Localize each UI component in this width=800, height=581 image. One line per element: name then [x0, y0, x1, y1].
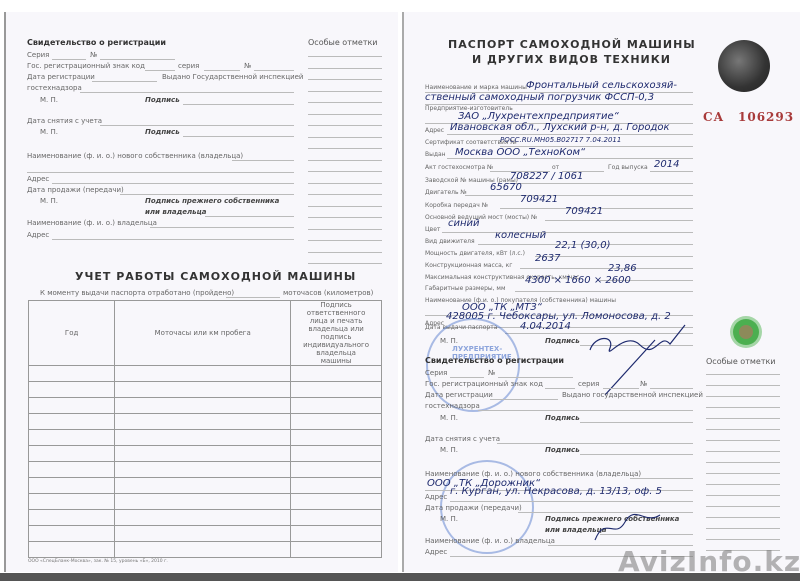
passport-title-line1: ПАСПОРТ САМОХОДНОЙ МАШИНЫ — [448, 38, 696, 51]
signature-label-r: Подпись — [545, 337, 580, 345]
name-value-1: Фронтальный сельскохозяй- — [526, 80, 677, 91]
special-marks-line — [308, 56, 382, 57]
passport-date-value: 4.04.2014 — [520, 321, 571, 332]
propulsion-value: колесный — [495, 230, 546, 241]
registration-heading: Свидетельство о регистрации — [27, 38, 166, 47]
gos-number-label: № — [244, 62, 251, 70]
dimensions-value: 4300 × 1660 × 2600 — [525, 275, 631, 286]
special-marks-line — [706, 462, 780, 463]
table-cell — [115, 366, 291, 382]
special-marks-line — [308, 114, 382, 115]
sale-date-label: Дата продажи (передачи) — [27, 186, 124, 194]
special-marks-line — [308, 240, 382, 241]
inspection-label: Акт гостехосмотра № — [425, 164, 493, 171]
special-marks-line — [308, 194, 382, 195]
special-marks-line — [706, 473, 780, 474]
table-cell — [29, 494, 115, 510]
special-marks-line — [706, 418, 780, 419]
new-owner-label-r: Наименование (ф. и. о.) нового собственн… — [425, 470, 641, 478]
name-value-2: ственный самоходный погрузчик ФССП-0,3 — [425, 92, 654, 103]
table-cell — [115, 542, 291, 558]
special-marks-line — [706, 484, 780, 485]
table-row — [29, 494, 382, 510]
table-cell — [291, 462, 382, 478]
deregistration-label: Дата снятия с учета — [27, 117, 102, 125]
series-label-r: Серия — [425, 369, 447, 377]
table-cell — [115, 462, 291, 478]
col-hours: Моточасы или км пробега — [115, 301, 291, 366]
table-cell — [291, 510, 382, 526]
issued-value-r: Москва ООО „ТехноКом“ — [455, 147, 585, 158]
axle-value: 709421 — [565, 206, 603, 217]
special-marks-line — [706, 429, 780, 430]
prev-owner-signature — [590, 510, 670, 545]
table-cell — [291, 526, 382, 542]
work-log-subtitle-before: К моменту выдачи паспорта отработано (пр… — [40, 289, 234, 297]
mp-label-3: М. П. — [40, 197, 58, 205]
deregistration-label-r: Дата снятия с учета — [425, 435, 500, 443]
table-row — [29, 478, 382, 494]
axle-label: Основной ведущий мост (мосты) № — [425, 214, 537, 221]
table-cell — [115, 382, 291, 398]
gearbox-value: 709421 — [520, 194, 558, 205]
table-row — [29, 462, 382, 478]
special-marks-line — [308, 263, 382, 264]
table-row — [29, 398, 382, 414]
special-marks-line — [706, 451, 780, 452]
table-cell — [291, 542, 382, 558]
table-cell — [291, 398, 382, 414]
address-value-r3: г. Курган, ул. Некрасова, д. 13/13, оф. … — [450, 486, 662, 497]
table-cell — [29, 366, 115, 382]
propulsion-label: Вид движителя — [425, 238, 475, 245]
special-marks-line — [308, 171, 382, 172]
special-marks-line — [308, 91, 382, 92]
dimensions-label: Габаритные размеры, мм — [425, 285, 505, 292]
special-marks-line — [308, 137, 382, 138]
table-cell — [29, 446, 115, 462]
special-marks-line — [706, 396, 780, 397]
table-cell — [29, 510, 115, 526]
signature-label-r2: Подпись — [545, 414, 580, 422]
gos-series-label-r: серия — [578, 380, 599, 388]
special-marks-line — [706, 528, 780, 529]
address-label-r4: Адрес — [425, 548, 447, 556]
mass-label: Конструкционная масса, кг — [425, 262, 512, 269]
special-marks-line — [706, 506, 780, 507]
table-cell — [115, 494, 291, 510]
special-marks-line — [308, 217, 382, 218]
inspection-from: от — [552, 164, 559, 171]
number-label-r: № — [488, 369, 495, 377]
green-seal — [733, 319, 759, 345]
owner-label: Наименование (ф. и. о.) владельца — [27, 219, 157, 227]
engine-value: 65670 — [490, 182, 522, 193]
special-marks-line — [308, 125, 382, 126]
gos-sign-label: Гос. регистрационный знак код — [27, 62, 145, 70]
table-cell — [291, 382, 382, 398]
year-label: Год выпуска — [608, 164, 648, 171]
power-value: 22,1 (30,0) — [555, 240, 611, 251]
number-label: № — [90, 51, 97, 59]
hologram-sticker — [718, 40, 770, 92]
table-cell — [115, 478, 291, 494]
table-cell — [115, 510, 291, 526]
issued-label: Выдано Государственной инспекцией — [162, 73, 303, 81]
watermark: AvizInfo.kz — [618, 545, 800, 578]
table-cell — [291, 430, 382, 446]
special-marks-line — [308, 79, 382, 80]
mp-label-r4: М. П. — [440, 515, 458, 523]
table-cell — [291, 478, 382, 494]
work-log-subtitle-after: моточасов (километров) — [283, 289, 373, 297]
serial-prefix: СА — [703, 110, 724, 124]
table-cell — [29, 478, 115, 494]
power-label: Мощность двигателя, кВт (л.с.) — [425, 250, 525, 257]
sale-date-label-r: Дата продажи (передачи) — [425, 504, 522, 512]
address-label: Адрес — [27, 175, 49, 183]
signature-label-r3: Подпись — [545, 446, 580, 454]
serial-number: 106293 — [738, 110, 794, 124]
table-cell — [29, 526, 115, 542]
name-label: Наименование и марка машины — [425, 84, 527, 91]
table-cell — [29, 398, 115, 414]
col-year: Год — [29, 301, 115, 366]
table-cell — [29, 542, 115, 558]
special-marks-line — [706, 517, 780, 518]
special-marks-heading-r: Особые отметки — [706, 357, 776, 366]
special-marks-line — [706, 495, 780, 496]
special-marks-line — [706, 440, 780, 441]
table-cell — [29, 430, 115, 446]
table-cell — [29, 462, 115, 478]
special-marks-line — [308, 148, 382, 149]
printer-footer: ООО «СпецБланк-Москва», зак. № 15, урове… — [28, 559, 168, 564]
prev-owner-sig-line2: или владельца — [145, 208, 207, 216]
prev-owner-sig-line1: Подпись прежнего собственника — [145, 197, 279, 205]
new-owner-label: Наименование (ф. и. о.) нового собственн… — [27, 152, 243, 160]
table-cell — [29, 414, 115, 430]
gos-series-label: серия — [178, 62, 199, 70]
gos-number-label-r: № — [640, 380, 647, 388]
factory-no-value: 708227 / 1061 — [510, 171, 583, 182]
table-row — [29, 414, 382, 430]
mp-label-2: М. П. — [40, 128, 58, 136]
table-cell — [291, 446, 382, 462]
table-cell — [291, 366, 382, 382]
color-label: Цвет — [425, 226, 440, 233]
table-row — [29, 542, 382, 558]
issued-label-r: Выдан — [425, 151, 446, 158]
gostech-label-r: гостехнадзора — [425, 402, 480, 410]
series-label: Серия — [27, 51, 49, 59]
special-marks-line — [706, 385, 780, 386]
table-row — [29, 382, 382, 398]
special-marks-line — [308, 252, 382, 253]
table-cell — [115, 398, 291, 414]
address-label-r3: Адрес — [425, 493, 447, 501]
col-signature: Подпись ответственного лица и печать вла… — [291, 301, 382, 366]
work-log-table: Год Моточасы или км пробега Подпись отве… — [28, 300, 382, 558]
table-row — [29, 430, 382, 446]
owner-label-r: Наименование (ф. и. о.) владельца — [425, 537, 555, 545]
mp-label-r2: М. П. — [440, 414, 458, 422]
address-value-r: Ивановская обл., Лухский р-н, д. Городок — [450, 122, 670, 133]
table-row — [29, 510, 382, 526]
speed-value: 23,86 — [608, 263, 637, 274]
address-label-r: Адрес — [425, 127, 444, 134]
registration-heading-r: Свидетельство о регистрации — [425, 356, 564, 365]
mp-label-r3: М. П. — [440, 446, 458, 454]
reg-date-label: Дата регистрации — [27, 73, 95, 81]
special-marks-line — [308, 183, 382, 184]
color-value: синий — [448, 218, 480, 229]
address-label-2: Адрес — [27, 231, 49, 239]
gearbox-label: Коробка передач № — [425, 202, 488, 209]
special-marks-heading: Особые отметки — [308, 38, 378, 47]
signature-label-2: Подпись — [145, 128, 180, 136]
table-row — [29, 526, 382, 542]
special-marks-line — [308, 206, 382, 207]
mass-value: 2637 — [535, 253, 560, 264]
engine-label: Двигатель № — [425, 189, 467, 196]
special-marks-line — [706, 407, 780, 408]
manufacturer-value: ЗАО „Лухрентехпредприятие“ — [458, 111, 619, 122]
signature-label: Подпись — [145, 96, 180, 104]
mp-label: М. П. — [40, 96, 58, 104]
special-marks-line — [308, 68, 382, 69]
table-cell — [115, 446, 291, 462]
special-marks-line — [706, 539, 780, 540]
table-cell — [115, 430, 291, 446]
table-cell — [29, 382, 115, 398]
gos-sign-label-r: Гос. регистрационный знак код — [425, 380, 543, 388]
reg-date-label-r: Дата регистрации — [425, 391, 493, 399]
year-value: 2014 — [654, 159, 679, 170]
table-cell — [291, 414, 382, 430]
passport-title-line2: И ДРУГИХ ВИДОВ ТЕХНИКИ — [472, 53, 671, 66]
certificate-value: РОСС.RU.МН05.В02717 7.04.2011 — [500, 136, 621, 144]
table-cell — [291, 494, 382, 510]
special-marks-line — [308, 229, 382, 230]
special-marks-line — [308, 102, 382, 103]
issued-label-r2: Выдано государственной инспекцией — [562, 391, 703, 399]
table-cell — [115, 414, 291, 430]
table-row — [29, 366, 382, 382]
table-cell — [115, 526, 291, 542]
special-marks-line — [706, 374, 780, 375]
gostech-label: гостехнадзора — [27, 84, 82, 92]
special-marks-line — [308, 160, 382, 161]
table-row — [29, 446, 382, 462]
work-log-title: УЧЕТ РАБОТЫ САМОХОДНОЙ МАШИНЫ — [75, 270, 356, 283]
